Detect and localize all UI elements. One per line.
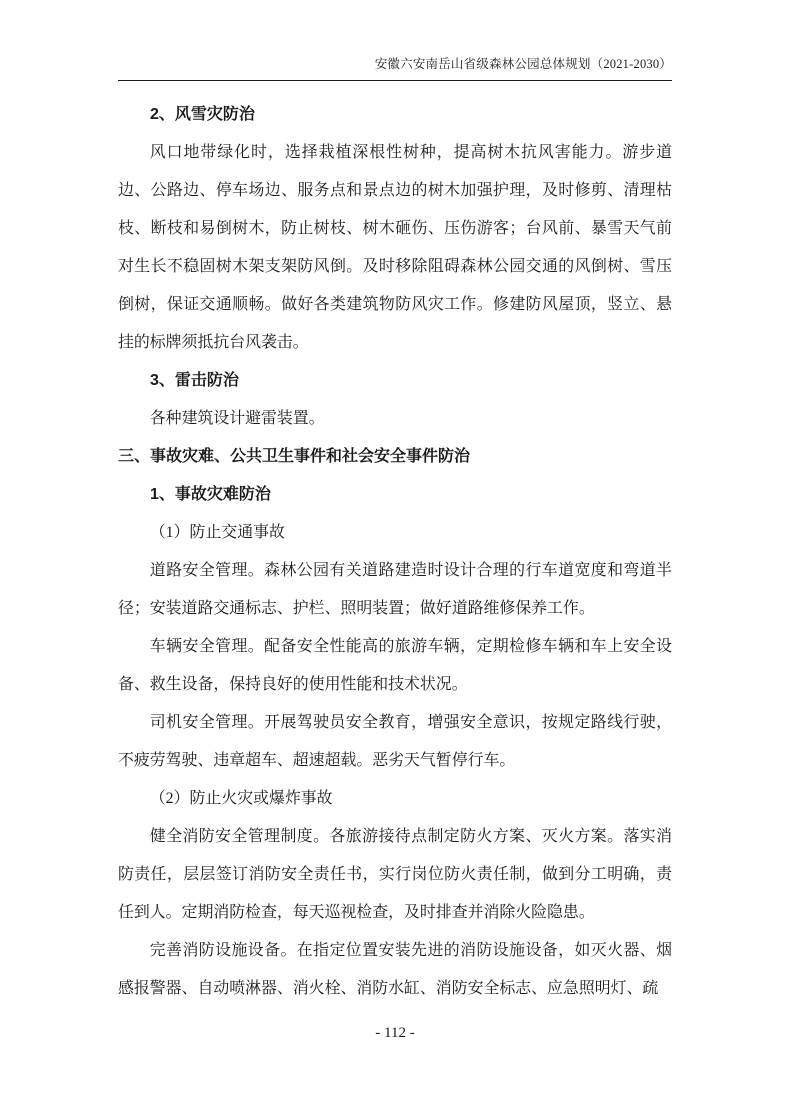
paragraph-lightning: 各种建筑设计避雷装置。	[118, 400, 672, 438]
page-header: 安徽六安南岳山省级森林公园总体规划（2021-2030）	[118, 0, 672, 81]
paragraph-road-safety: 道路安全管理。森林公园有关道路建造时设计合理的行车道宽度和弯道半径；安装道路交通…	[118, 552, 672, 628]
subheading-fire-explosion: （2）防止火灾或爆炸事故	[118, 780, 672, 818]
section-heading-lightning: 3、雷击防治	[118, 362, 672, 400]
section-heading-wind-snow: 2、风雪灾防治	[118, 96, 672, 134]
section-heading-accident: 1、事故灾难防治	[118, 476, 672, 514]
paragraph-vehicle-safety: 车辆安全管理。配备安全性能高的旅游车辆，定期检修车辆和车上安全设备、救生设备，保…	[118, 628, 672, 704]
document-page: 安徽六安南岳山省级森林公园总体规划（2021-2030） 2、风雪灾防治 风口地…	[0, 0, 790, 1118]
chapter-heading-accidents: 三、事故灾难、公共卫生事件和社会安全事件防治	[118, 438, 672, 476]
paragraph-wind-snow: 风口地带绿化时，选择栽植深根性树种，提高树木抗风害能力。游步道边、公路边、停车场…	[118, 134, 672, 362]
page-footer: - 112 -	[0, 1025, 790, 1042]
header-title: 安徽六安南岳山省级森林公园总体规划（2021-2030）	[375, 57, 672, 71]
paragraph-fire-equipment: 完善消防设施设备。在指定位置安装先进的消防设施设备，如灭火器、烟感报警器、自动喷…	[118, 932, 672, 1008]
paragraph-driver-safety: 司机安全管理。开展驾驶员安全教育，增强安全意识，按规定路线行驶，不疲劳驾驶、违章…	[118, 704, 672, 780]
document-body: 2、风雪灾防治 风口地带绿化时，选择栽植深根性树种，提高树木抗风害能力。游步道边…	[118, 81, 672, 1008]
paragraph-fire-management: 健全消防安全管理制度。各旅游接待点制定防火方案、灭火方案。落实消防责任，层层签订…	[118, 818, 672, 932]
page-number: - 112 -	[375, 1025, 414, 1041]
subheading-traffic-accident: （1）防止交通事故	[118, 514, 672, 552]
